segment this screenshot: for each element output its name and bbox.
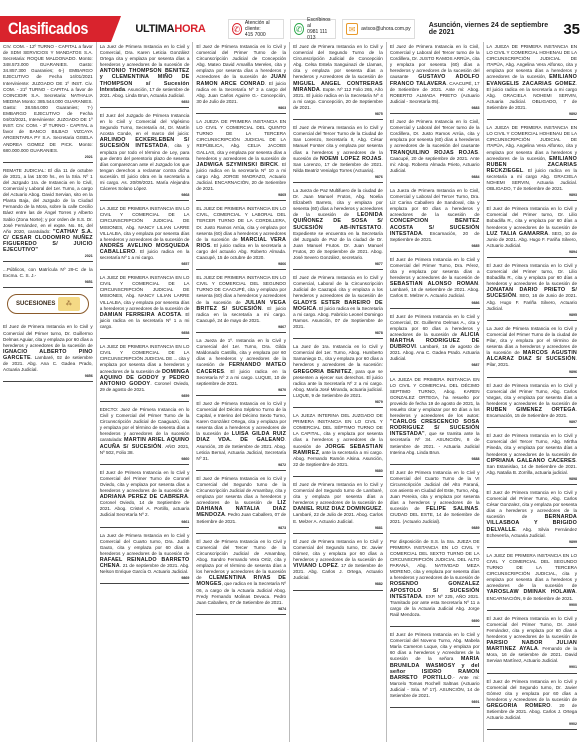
ad-name-highlight: SEBASTIAN ALONSO ROMAN (390, 281, 478, 287)
classified-ad: La Juez de Primera Instancia en lo Civil… (487, 324, 578, 378)
classified-ad: EL JUEZ DE PRIMERA INSTANCIA EN LO CIVIL… (196, 204, 286, 270)
ad-text: LA JUEZ DE PRIMERA INSTANCIA EN LO CIVIL… (100, 206, 190, 241)
ad-code: 9870 (196, 387, 286, 393)
ad-code: 9883 (390, 105, 480, 111)
classified-ad: LA JUEZ DE PRIMERA INSTANCIA EN LO CIVIL… (100, 204, 190, 270)
classified-ad: La Juez de Primera Instancia en lo Civil… (100, 42, 190, 108)
classified-ad: El Juez de Primera Instancia en lo Civil… (196, 399, 286, 471)
ad-name-highlight: FELIPE SALINAS (426, 506, 478, 512)
ad-code: 9892 (487, 111, 578, 117)
ad-text: La Juez de 1ra. Instancia en lo Civil y … (293, 344, 383, 367)
ad-code: 9900 (487, 602, 578, 608)
ad-code: 9860 (100, 456, 190, 462)
classified-ad: LA JUEZA DE PRIMERA INSTANCIA EN LO CIVI… (487, 123, 578, 201)
ad-text: El Juez de Primera Instancia en lo Civil… (390, 470, 480, 512)
ad-code: 9887 (390, 362, 480, 368)
classified-ad: El Juez de Primera Instancia en lo Civil… (390, 42, 480, 114)
ad-code: 9882 (293, 581, 383, 587)
classified-ad: EDICTO: Juez de Primera Instancia en lo … (100, 405, 190, 465)
classified-ad: El Juez de Primera Instancia en lo Civil… (196, 42, 286, 114)
classified-ad: El Juez de Primera Instancia en lo Civil… (390, 312, 480, 372)
classifieds-columns: CIV. COM. - 12º TURNO - CAPITAL a favor … (0, 42, 580, 742)
classified-ad: LA JUEZ DE PRIMERA INSTANCIA EN LO CIVIL… (100, 342, 190, 402)
classified-ad: El Juez de Primera Instancia en lo Civil… (390, 117, 480, 183)
ad-text: El Juez de Primera Instancia en lo Civil… (487, 263, 578, 286)
ad-name-highlight: VIVIANO LOPEZ (293, 563, 338, 569)
ad-name-highlight: TRANQUILINO ROJAS ROJAS (390, 150, 478, 156)
column-6: LA JUEZA DE PRIMERA INSTANCIA EN LO CIVI… (484, 42, 580, 742)
classified-ad: La Juez de Primera Instancia en lo Civil… (100, 531, 190, 585)
ad-text: El Juez de Primera Instancia en lo Civil… (293, 482, 383, 505)
classified-ad: El Juez de Primera Instancia en lo Civil… (196, 474, 286, 534)
sucesiones-section-header: SUCESIONES⁂ (7, 294, 89, 314)
ad-code: 2021 (3, 253, 93, 259)
ad-code: 9902 (487, 721, 578, 727)
classified-ad: El Juez de Primera Instancia en lo Civil… (487, 488, 578, 548)
ad-name-highlight: DANIEL RUIZ DIAZ DOMINGUEZ (293, 506, 381, 512)
ad-code: 9857 (100, 261, 190, 267)
ad-name-highlight: ADRIANA PEREZ DE CABRERA (100, 494, 188, 500)
ad-text: LA JUEZ DE PRIMERA INSTANCIA EN LO CIVIL… (100, 275, 190, 310)
classified-ad: CIV. COM. - 12º TURNO - CAPITAL a favor … (3, 42, 93, 163)
section-title: Clasificados (8, 19, 88, 39)
classified-ad: El Juez de Primera Instancia en lo Civil… (390, 468, 480, 534)
ad-text: El Juez de Primera Instancia en lo Civil… (487, 383, 578, 406)
ad-text: CIV. COM. - 12º TURNO - CAPITAL a favor … (3, 44, 93, 153)
ad-text: El Juez de Primera Instancia en lo Civil… (196, 539, 286, 581)
ad-text: Por disposición de S.S. la Sra. JUEZA DE… (390, 539, 480, 581)
ad-text-tail: . El juicio radica en la secretaría a ca… (196, 243, 286, 260)
classified-ad: El Juez de Primera Instancia en lo Civil… (390, 630, 480, 708)
ad-text: LA JUEZA DE PRIMERA INSTANCIA EN LO CIVI… (390, 377, 480, 419)
classified-ad: El Juez de Primera Instancia en lo Civil… (487, 381, 578, 429)
classified-ad: El Juez de Primera Instancia en lo Civil… (390, 255, 480, 309)
classified-ad: La Jueza de 1º. Instancia en lo Civil y … (196, 336, 286, 396)
ad-code: 9863 (196, 105, 286, 111)
classified-ad: ...Públicos, con Matrícula Nº 29-C de la… (3, 265, 93, 288)
ad-name-highlight: GREGORIA BENITEZ (293, 369, 351, 375)
classified-ad: El Juez de Primera Instancia en lo Civil… (293, 42, 383, 120)
ad-code: 9880 (293, 468, 383, 474)
ad-code: 9888 (390, 456, 480, 462)
contact-whatsapp: ✆ Escríbinos al0981 111 013 (290, 19, 336, 39)
ad-code: 9865 (196, 192, 286, 198)
ad-code: 9861 (100, 519, 190, 525)
classified-ad: El Juez de Primera Instancia en lo Civil… (487, 431, 578, 485)
classified-ad: LA JUEZ DE PRIMERA INSTANCIA EN LO CIVIL… (100, 273, 190, 339)
classified-ad: El Juez de Primera Instancia en lo Civil… (3, 322, 93, 382)
classified-ad: La Jueza de Primera Instancia en lo Civi… (390, 186, 480, 252)
ad-code: 9897 (487, 419, 578, 425)
ad-code: 9899 (487, 539, 578, 545)
ad-code: 9894 (487, 249, 578, 255)
classified-ad: LA JUEZA DE PRIMERA INSTANCIA EN LO CIVI… (487, 42, 578, 120)
ad-text: La Juez de Primera Instancia en lo Civil… (100, 533, 190, 556)
ad-text: El Juez de Primera Instancia en lo Civil… (293, 539, 383, 562)
ad-code: 9876 (293, 174, 383, 180)
ad-text: La Juez de Primera Instancia en lo Civil… (100, 44, 190, 67)
ad-text: El Juez del Juzgado de Primera Instancia… (100, 113, 190, 136)
ad-code: 9881 (293, 525, 383, 531)
ad-code: 9885 (390, 243, 480, 249)
ad-text: El Juez de Primera Instancia en lo Civil… (3, 324, 93, 347)
whatsapp-icon: ✆ (294, 23, 304, 35)
classified-ad: La Jueza de Paz Multifuero de la ciudad … (293, 186, 383, 270)
ad-code: 9889 (390, 525, 480, 531)
ad-code: 9890 (390, 618, 480, 624)
ad-code: 9898 (487, 476, 578, 482)
phone-icon: ✆ (232, 23, 242, 35)
classified-ad: El Juez de Primera Instancia en lo Civil… (487, 614, 578, 674)
ad-text: El Juez de Primera Instancia en lo Civil… (293, 44, 383, 79)
classified-ad: El Juez de Primera Instancia en lo Civil… (293, 273, 383, 339)
classified-ad: El Juez de Primera Instancia en lo Civil… (487, 677, 578, 731)
classified-ad: LA JUEZA INTERINA DEL JUZGADO DE PRIMERA… (293, 411, 383, 477)
classified-ad: LA JUEZ DE PRIMERA INSTANCIA EN LO CIVIL… (487, 551, 578, 611)
classified-ad: El Juez del Juzgado de Primera Instancia… (100, 111, 190, 201)
ad-code: 9886 (390, 300, 480, 306)
ad-text: El Juez de Primera Instancia en lo Civil… (487, 616, 578, 639)
classified-ad: El Juez de Primera Instancia en lo Civil… (487, 261, 578, 321)
ad-code: 9891 (390, 699, 480, 705)
classified-ad: El Juez de Primera Instancia en lo Civil… (100, 468, 190, 528)
section-banner: Clasificados (0, 16, 111, 42)
ad-code: 9884 (390, 174, 480, 180)
ad-code: 9866 (196, 261, 286, 267)
envelope-icon: ✉ (346, 23, 358, 35)
column-5: El Juez de Primera Instancia en lo Civil… (387, 42, 484, 742)
ad-name-highlight: DAMIAN FERREIRA ACOSTA (100, 312, 182, 318)
ad-code: 9895 (487, 312, 578, 318)
ad-text: LA JUEZ DE PRIMERA INSTANCIA EN LO CIVIL… (487, 553, 578, 588)
ad-code: 9879 (293, 399, 383, 405)
ad-text: El Juez de Primera Instancia en lo Civil… (487, 206, 578, 229)
ad-code: 9873 (196, 525, 286, 531)
ad-name-highlight: JADWIGA SZYMINSKI BIRCK (196, 162, 278, 168)
ad-code: 9896 (487, 369, 578, 375)
ad-text: El Juez de Primera Instancia en lo Civil… (390, 119, 480, 148)
classified-ad: El Juez de Primera Instancia en lo Civil… (293, 480, 383, 534)
ad-text-tail: , cita y emplaza por todo el término de … (100, 143, 190, 191)
classified-ad: El Juez de Primera Instancia en lo Civil… (196, 537, 286, 615)
section-label: SUCESIONES (16, 301, 55, 307)
ad-code: 9851 (3, 279, 93, 285)
ad-code: 9872 (196, 462, 286, 468)
classified-ad: EL JUEZ DE PRIMERA INSTANCIA EN LO CIVIL… (196, 273, 286, 333)
classified-ad: La Juez de 1ra. Instancia en lo Civil y … (293, 342, 383, 408)
contact-email: ✉ avisos@uhora.com.py (342, 19, 415, 39)
ad-code: 9852 (100, 99, 190, 105)
family-tree-icon: ⁂ (58, 297, 80, 311)
ad-text: ...Públicos, con Matrícula Nº 29-C de la… (3, 267, 93, 278)
ad-code: 9868 (100, 192, 190, 198)
ad-code: 9858 (100, 330, 190, 336)
column-2: La Juez de Primera Instancia en lo Civil… (97, 42, 194, 742)
ad-code: 9856 (3, 373, 93, 379)
ad-text: El Juez de Primera Instancia en lo Civil… (293, 275, 383, 298)
ad-code: 9877 (293, 261, 383, 267)
ad-text: El Juez de Primera Instancia en lo Civil… (100, 470, 190, 493)
classified-ad: El Juez de Primera Instancia en lo Civil… (293, 537, 383, 591)
ad-code: 9859 (100, 393, 190, 399)
ad-text: La Jueza de Primera Instancia en lo Civi… (390, 188, 480, 217)
ad-code: 9867 (196, 324, 286, 330)
page-header: Clasificados ULTIMAHORA ✆ Atención al cl… (0, 16, 580, 42)
classified-ad: El Juez de Primera Instancia en lo Civil… (293, 123, 383, 183)
ad-name-highlight: RUBEN GIMENEZ ORTEGA (487, 407, 576, 413)
ad-text: REMATE JUDICIAL: El día 11 de octubre de… (3, 168, 93, 234)
ad-text: El Juez de Primera Instancia en lo Civil… (390, 257, 480, 280)
ad-name-highlight: LUZ TALIA GAMARRA (487, 231, 549, 237)
column-4: El Juez de Primera Instancia en lo Civil… (290, 42, 387, 742)
ad-code: 9869 (100, 575, 190, 581)
ad-text-tail: . Expediente se encuentra en la Secretar… (293, 225, 383, 260)
contact-phone: ✆ Atención al cliente:415 7000 (228, 19, 284, 39)
ad-code: 9875 (293, 111, 383, 117)
ad-name-highlight: NOEMI LOPEZ ROJAS (320, 156, 382, 162)
newspaper-logo: ULTIMAHORA (135, 23, 205, 35)
classified-ad: Por disposición de S.S. la Sra. JUEZA DE… (390, 537, 480, 627)
classified-ad: El Juez de Primera Instancia en lo Civil… (487, 204, 578, 258)
publication-date: Asunción, viernes 24 de septiembre de 20… (429, 22, 554, 36)
ad-text: El Juez de Primera Instancia en lo Civil… (487, 679, 578, 702)
column-3: El Juez de Primera Instancia en lo Civil… (193, 42, 290, 742)
classified-ad: LA JUEZA DE PRIMERA INSTANCIA EN LO CIVI… (196, 117, 286, 201)
ad-code: 2021 (3, 154, 93, 160)
classified-ad: LA JUEZA DE PRIMERA INSTANCIA EN LO CIVI… (390, 375, 480, 465)
ad-text: El Juez de Primera Instancia en lo Civil… (196, 476, 286, 505)
classified-ad: REMATE JUDICIAL: El día 11 de octubre de… (3, 166, 93, 262)
ad-code: 9874 (196, 606, 286, 612)
ad-code: 9901 (487, 664, 578, 670)
ad-code: 9893 (487, 192, 578, 198)
ad-code: 9878 (293, 330, 383, 336)
ad-text: El Juez de Primera Instancia en lo Civil… (487, 433, 578, 456)
ad-name-highlight: GREGORIA ROMERO (487, 703, 551, 709)
column-1: CIV. COM. - 12º TURNO - CAPITAL a favor … (0, 42, 97, 742)
ad-text: LA JUEZA DE PRIMERA INSTANCIA EN LO CIVI… (196, 119, 286, 161)
page-number: 35 (563, 21, 580, 38)
ad-name-highlight: CIPRIANA GALEANO CACERES (487, 458, 576, 464)
ad-name-highlight: YAROSLAW DMINAK HOLAWA (487, 589, 576, 595)
